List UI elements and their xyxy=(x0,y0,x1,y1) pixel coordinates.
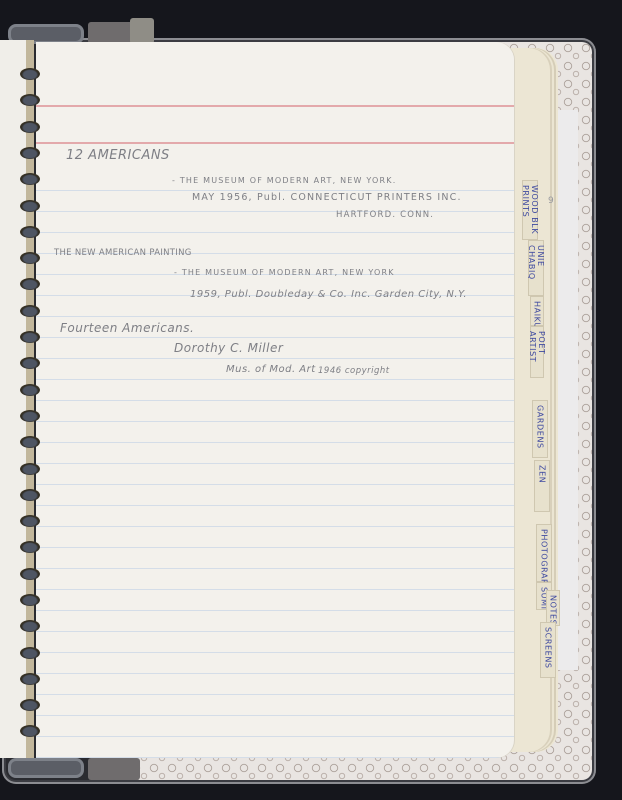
entry-2-line-1: - THE MUSEUM OF MODERN ART, NEW YORK xyxy=(174,268,395,277)
tab-gardens[interactable]: GARDENS xyxy=(532,400,548,458)
spiral-coil xyxy=(20,278,40,290)
entry-1-title: 12 AMERICANS xyxy=(66,148,170,163)
spiral-coil xyxy=(20,68,40,80)
entry-2-title: THE NEW AMERICAN PAINTING xyxy=(54,248,192,258)
spiral-coil xyxy=(20,331,40,343)
tab-wood-block-prints[interactable]: WOOD BLK PRINTS xyxy=(522,180,538,240)
spiral-coil xyxy=(20,463,40,475)
spiral-coil xyxy=(20,515,40,527)
spiral-coil xyxy=(20,699,40,711)
tab-haiku[interactable]: HAIKU xyxy=(530,296,544,326)
spiral-coil xyxy=(20,725,40,737)
spiral-coil xyxy=(20,357,40,369)
tab-zen[interactable]: ZEN xyxy=(534,460,550,512)
spiral-coil xyxy=(20,147,40,159)
entry-1-line-3: HARTFORD. CONN. xyxy=(336,210,434,220)
spiral-coil xyxy=(20,252,40,264)
entry-3-title: Fourteen Americans. xyxy=(60,321,194,335)
spiral-coil xyxy=(20,647,40,659)
spiral-coil xyxy=(20,173,40,185)
spiral-coil xyxy=(20,541,40,553)
entry-2-line-2: 1959, Publ. Doubleday & Co. Inc. Garden … xyxy=(190,289,467,300)
spiral-coil xyxy=(20,673,40,685)
binder-rivet-top xyxy=(130,18,154,44)
spiral-coil xyxy=(20,226,40,238)
entry-1-line-1: - THE MUSEUM OF MODERN ART, NEW YORK. xyxy=(172,176,396,185)
notebook-page: 12 AMERICANS - THE MUSEUM OF MODERN ART,… xyxy=(36,42,514,758)
spiral-coil xyxy=(20,436,40,448)
entry-3-line-1: Dorothy C. Miller xyxy=(174,341,283,355)
spiral-coil xyxy=(20,620,40,632)
liner-panel xyxy=(548,110,578,670)
spiral-coil xyxy=(20,489,40,501)
spiral-coil xyxy=(20,594,40,606)
binder-hinge-bottom xyxy=(88,758,140,780)
tab-notes[interactable]: NOTES xyxy=(546,590,560,626)
entry-1-line-2: MAY 1956, Publ. CONNECTICUT PRINTERS INC… xyxy=(192,192,462,203)
spiral-coil xyxy=(20,568,40,580)
tab-poet-artist[interactable]: POET ARTIST xyxy=(530,326,544,378)
margin-line-2 xyxy=(36,142,514,144)
spiral-coil xyxy=(20,305,40,317)
tab-screens[interactable]: SCREENS xyxy=(540,622,556,678)
entry-3-line-3: 1946 copyright xyxy=(318,366,390,376)
spiral-coil xyxy=(20,121,40,133)
spiral-coil xyxy=(20,200,40,212)
entry-3-line-2: Mus. of Mod. Art xyxy=(226,364,316,375)
pencil-mark: 9 xyxy=(548,196,554,206)
tab-photography[interactable]: PHOTOGRAPHY xyxy=(536,524,552,582)
tab-unie-chabiq[interactable]: UNIE CHABIQ xyxy=(528,240,544,296)
binder-clasp-bottom xyxy=(8,758,84,778)
margin-line-1 xyxy=(36,105,514,107)
spiral-coil xyxy=(20,384,40,396)
spiral-coil xyxy=(20,410,40,422)
spiral-coil xyxy=(20,94,40,106)
